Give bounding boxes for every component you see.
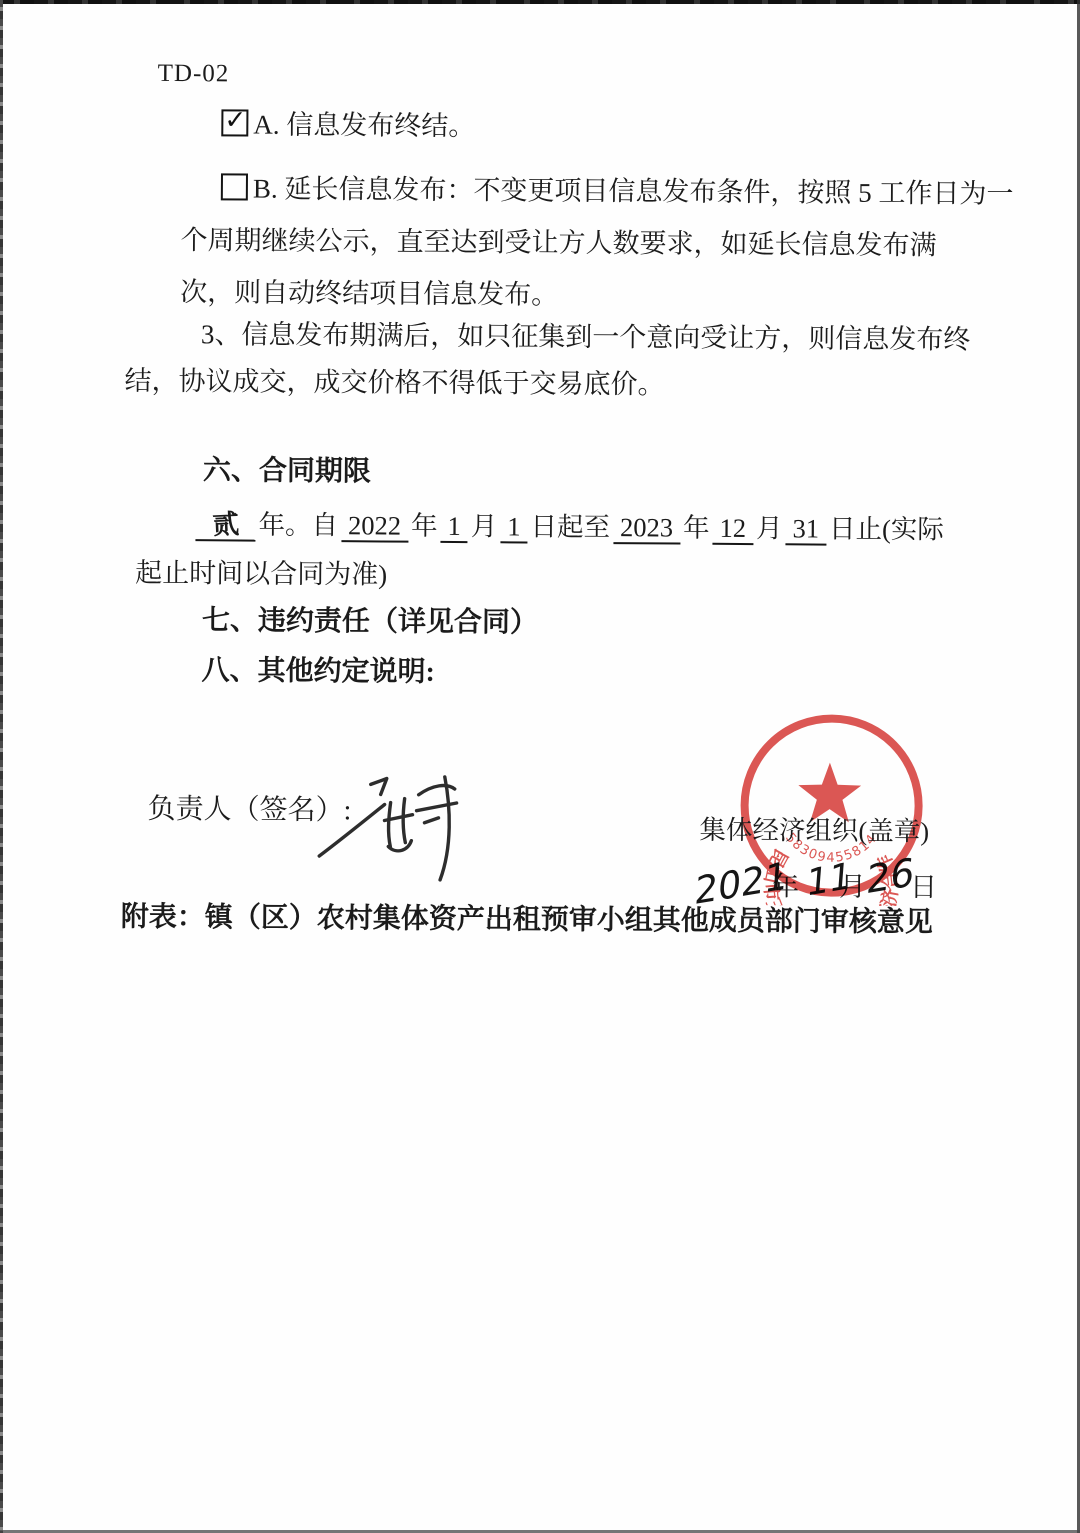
option-b-line3: 次，则自动终结项目信息发布。 — [180, 275, 558, 313]
section6-heading: 六、合同期限 — [203, 453, 371, 491]
option-a-row: ✓A. 信息发布终结。 — [221, 107, 475, 144]
option-b-line2: 个周期继续公示，直至达到受让方人数要求，如延长信息发布满 — [180, 223, 936, 263]
red-organization-seal: 昆山市玉山镇景村村股份经济合作社 58309455814 — [731, 705, 932, 906]
appendix-title: 附表：镇（区）农村集体资产出租预审小组其他成员部门审核意见 — [121, 900, 933, 942]
option-b-text1: B. 延长信息发布：不变更项目信息发布条件，按照 5 工作日为一 — [253, 174, 1014, 209]
form-code: TD-02 — [158, 58, 230, 91]
term-years-blank: 贰 — [195, 509, 255, 542]
section8-heading: 八、其他约定说明: — [201, 653, 435, 691]
signature-stroke — [319, 804, 384, 856]
signature-stroke — [417, 803, 457, 811]
end-month-blank: 12 — [712, 513, 753, 546]
term-years-value: 贰 — [212, 509, 240, 541]
signature-stroke — [419, 785, 455, 795]
scanned-document-page: TD-02 ✓A. 信息发布终结。 B. 延长信息发布：不变更项目信息发布条件，… — [0, 0, 1080, 1533]
signature-stroke — [440, 777, 449, 880]
section7-heading: 七、违约责任（详见合同） — [202, 603, 538, 642]
start-year-blank: 2022 — [341, 510, 408, 543]
term-after-years: 年。自 — [258, 510, 338, 541]
signature-stroke — [388, 803, 390, 847]
signature-stroke — [424, 818, 438, 823]
document-sheet: TD-02 ✓A. 信息发布终结。 B. 延长信息发布：不变更项目信息发布条件，… — [0, 0, 1080, 1533]
month-unit-2: 月 — [756, 513, 783, 543]
contract-term-line: 贰年。自2022年1月1日起至2023年12月31日止(实际 — [192, 507, 944, 547]
year-unit-1: 年 — [411, 511, 438, 541]
option-b-line1: B. 延长信息发布：不变更项目信息发布条件，按照 5 工作日为一 — [221, 171, 1014, 212]
end-year-blank: 2023 — [613, 512, 680, 545]
scan-edge-top — [0, 0, 1080, 4]
handwritten-signature — [312, 754, 473, 895]
start-day-blank: 1 — [500, 511, 527, 544]
check-icon: ✓ — [224, 104, 246, 138]
signature-stroke — [403, 799, 406, 843]
clause3-line2: 结，协议成交，成交价格不得低于交易底价。 — [124, 364, 664, 403]
term-mid: 日起至 — [530, 512, 610, 543]
org-seal-caption: 集体经济组织(盖章) — [699, 813, 929, 849]
start-month-blank: 1 — [440, 511, 467, 544]
scan-edge-left — [0, 0, 3, 1533]
clause3-line1: 3、信息发布期满后，如只征集到一个意向受让方，则信息发布终 — [201, 317, 971, 357]
checkbox-checked-icon: ✓ — [221, 109, 248, 136]
term-tail: 日止(实际 — [829, 514, 944, 545]
year-unit-2: 年 — [683, 513, 710, 543]
month-unit-1: 月 — [471, 511, 498, 541]
checkbox-unchecked-icon — [221, 173, 248, 200]
signature-stroke — [371, 778, 387, 794]
end-day-blank: 31 — [785, 513, 826, 546]
term-note-line2: 起止时间以合同为准) — [135, 556, 387, 593]
option-a-label: A. 信息发布终结。 — [253, 110, 475, 142]
